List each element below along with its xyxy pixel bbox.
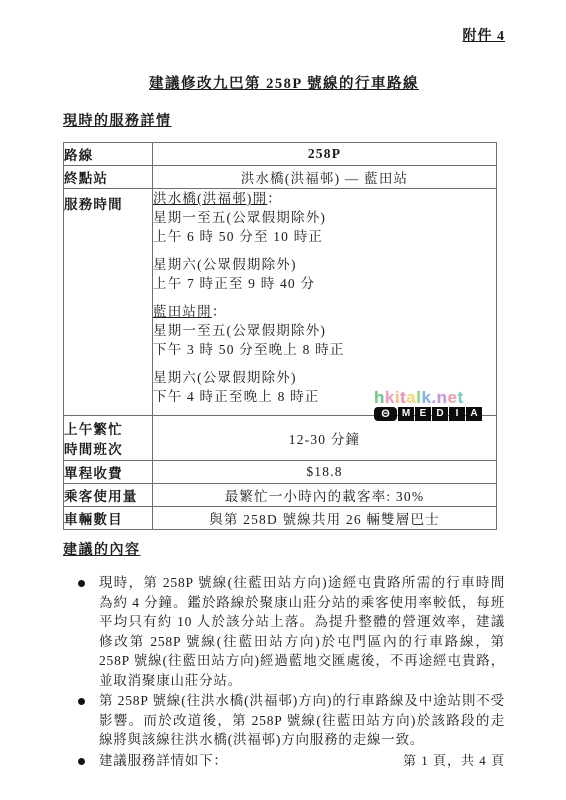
hours-line: 下午 3 時 50 分至晚上 8 時正 — [153, 340, 496, 359]
hours-group-outbound-weekday: 洪水橋(洪福邨)開： 星期一至五(公眾假期除外) 上午 6 時 50 分至 10… — [153, 189, 496, 246]
patronage-label: 乘客使用量 — [64, 484, 153, 507]
hours-line: 星期六(公眾假期除外) — [153, 368, 496, 387]
table-row-service-hours: 服務時間 洪水橋(洪福邨)開： 星期一至五(公眾假期除外) 上午 6 時 50 … — [64, 189, 497, 416]
fleet-value: 與第 258D 號線共用 26 輛雙層巴士 — [153, 507, 497, 530]
hours-line: 星期六(公眾假期除外) — [153, 255, 496, 274]
table-row-route: 路線 258P — [64, 143, 497, 166]
service-hours-label: 服務時間 — [64, 189, 153, 416]
bullet-text: 現時，第 258P 號線(往藍田站方向)途經屯貴路所需的行車時間為約 4 分鐘。… — [99, 573, 505, 690]
bullet-text: 第 258P 號線(往洪水橋(洪福邨)方向)的行車路線及中途站則不受影響。而於改… — [99, 691, 505, 750]
route-value: 258P — [153, 143, 497, 166]
table-row-peak-frequency: 上午繁忙 時間班次 12-30 分鐘 — [64, 416, 497, 461]
hours-group-heading: 洪水橋(洪福邨)開： — [153, 189, 496, 208]
hours-line: 上午 6 時 50 分至 10 時正 — [153, 227, 496, 246]
hours-line: 下午 4 時正至晚上 8 時正 — [153, 387, 496, 406]
terminus-value: 洪水橋(洪福邨) — 藍田站 — [153, 166, 497, 189]
document-page: 附件 4 建議修改九巴第 258P 號線的行車路線 現時的服務詳情 路線 258… — [0, 0, 566, 800]
bullet-icon — [78, 758, 85, 765]
fleet-label: 車輛數目 — [64, 507, 153, 530]
fare-value: $18.8 — [153, 461, 497, 484]
bullet-item: 現時，第 258P 號線(往藍田站方向)途經屯貴路所需的行車時間為約 4 分鐘。… — [63, 573, 505, 690]
bullet-icon — [78, 698, 85, 705]
patronage-value: 最繁忙一小時內的載客率: 30% — [153, 484, 497, 507]
peak-frequency-value: 12-30 分鐘 — [153, 416, 497, 461]
peak-frequency-label: 上午繁忙 時間班次 — [64, 416, 153, 461]
service-hours-value: 洪水橋(洪福邨)開： 星期一至五(公眾假期除外) 上午 6 時 50 分至 10… — [153, 189, 497, 416]
hours-line: 上午 7 時正至 9 時 40 分 — [153, 274, 496, 293]
proposal-bullet-list: 現時，第 258P 號線(往藍田站方向)途經屯貴路所需的行車時間為約 4 分鐘。… — [63, 573, 505, 770]
table-row-patronage: 乘客使用量 最繁忙一小時內的載客率: 30% — [64, 484, 497, 507]
table-row-fleet: 車輛數目 與第 258D 號線共用 26 輛雙層巴士 — [64, 507, 497, 530]
hours-group-outbound-saturday: 星期六(公眾假期除外) 上午 7 時正至 9 時 40 分 — [153, 255, 496, 293]
hours-group-return-saturday: 星期六(公眾假期除外) 下午 4 時正至晚上 8 時正 — [153, 368, 496, 406]
service-details-table: 路線 258P 終點站 洪水橋(洪福邨) — 藍田站 服務時間 洪水橋(洪福邨)… — [63, 142, 497, 530]
table-row-terminus: 終點站 洪水橋(洪福邨) — 藍田站 — [64, 166, 497, 189]
document-title: 建議修改九巴第 258P 號線的行車路線 — [63, 72, 505, 93]
route-label: 路線 — [64, 143, 153, 166]
fare-label: 單程收費 — [64, 461, 153, 484]
page-number: 第 1 頁，共 4 頁 — [403, 750, 505, 769]
hours-group-return-weekday: 藍田站開： 星期一至五(公眾假期除外) 下午 3 時 50 分至晚上 8 時正 — [153, 302, 496, 359]
hours-group-heading: 藍田站開： — [153, 302, 496, 321]
current-service-heading: 現時的服務詳情 — [63, 110, 505, 130]
bullet-icon — [78, 580, 85, 587]
terminus-label: 終點站 — [64, 166, 153, 189]
bullet-item: 第 258P 號線(往洪水橋(洪福邨)方向)的行車路線及中途站則不受影響。而於改… — [63, 691, 505, 750]
hours-line: 星期一至五(公眾假期除外) — [153, 208, 496, 227]
annex-label: 附件 4 — [63, 25, 505, 45]
proposal-heading: 建議的內容 — [63, 539, 505, 559]
table-row-fare: 單程收費 $18.8 — [64, 461, 497, 484]
hours-line: 星期一至五(公眾假期除外) — [153, 321, 496, 340]
